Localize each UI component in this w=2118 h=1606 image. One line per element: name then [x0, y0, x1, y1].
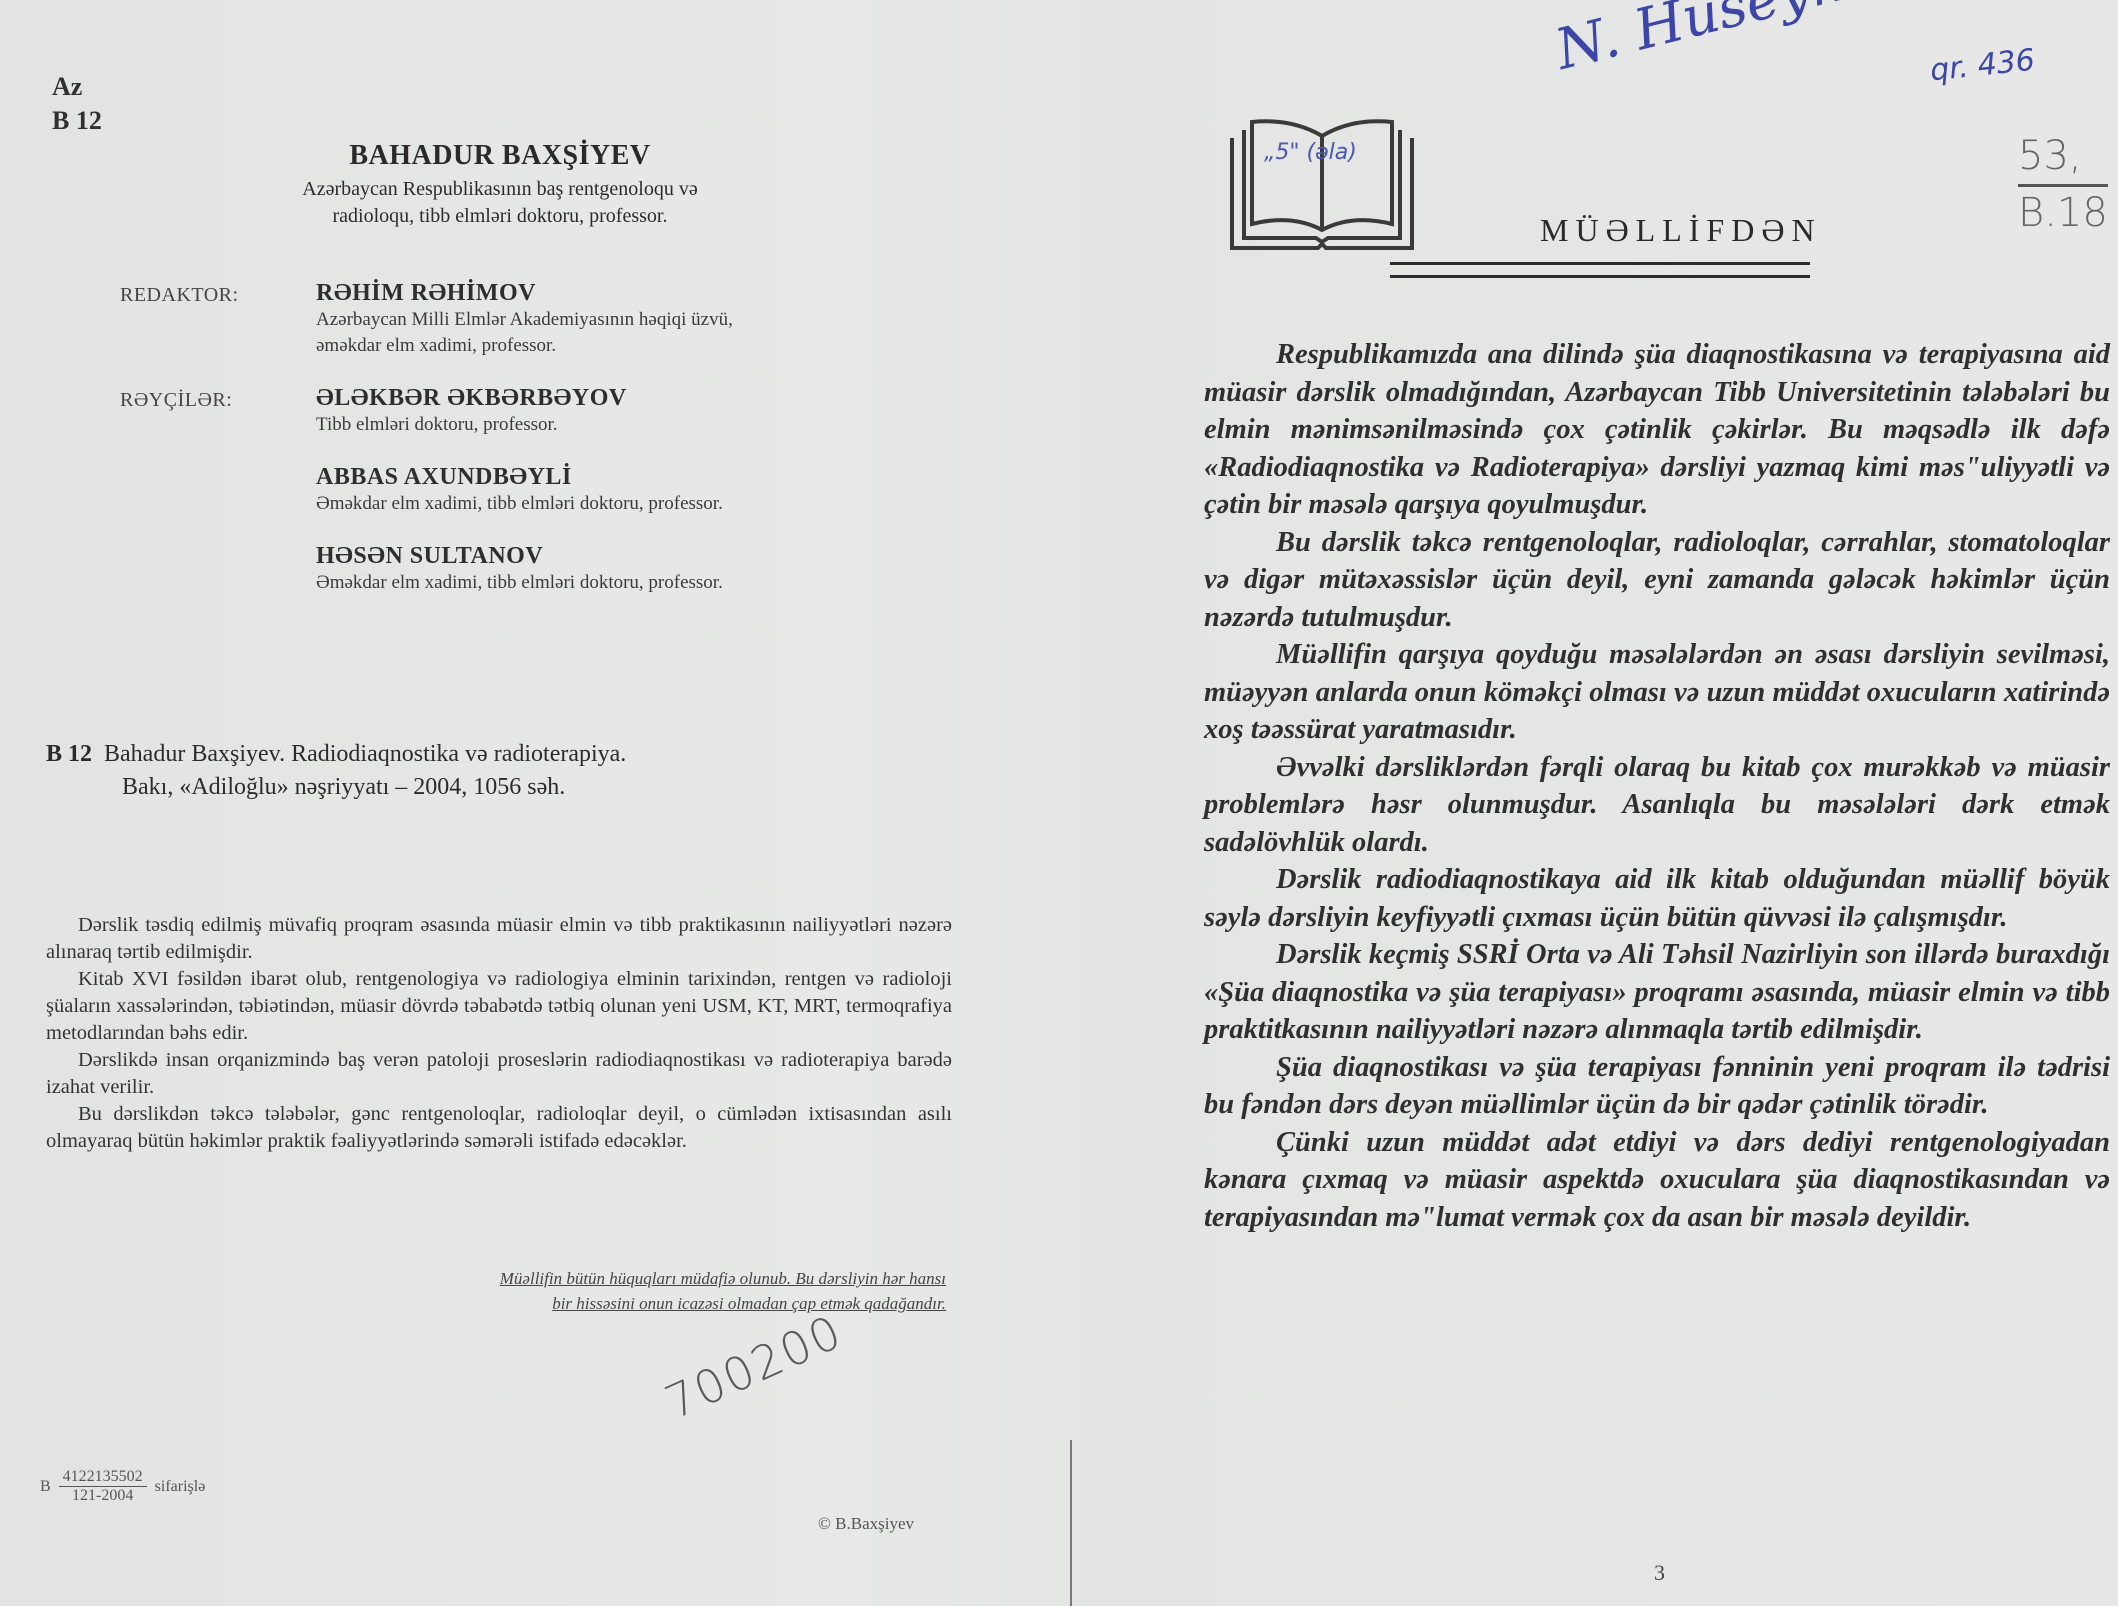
summary-paragraph: Dərslik təsdiq edilmiş müvafiq proqram ə… [46, 912, 952, 966]
credit-name: RƏHİM RƏHİMOV [316, 280, 880, 307]
credit-role: REDAKTOR: [120, 284, 239, 307]
credit-description: əməkdar elm xadimi, professor. [316, 333, 880, 359]
catalog-entry: B 12 Bahadur Baxşiyev. Radiodiaqnostika … [46, 738, 626, 804]
language-code: Az [52, 70, 102, 104]
credit-description: Tibb elmləri doktoru, professor. [316, 412, 880, 438]
book-summary: Dərslik təsdiq edilmiş müvafiq proqram ə… [46, 912, 952, 1155]
order-prefix: B [40, 1478, 51, 1496]
catalog-code: B 12 [46, 741, 92, 767]
credit-name: HƏSƏN SULTANOV [316, 543, 880, 570]
credit-description: Əməkdar elm xadimi, tibb elmləri doktoru… [316, 491, 880, 517]
author-description: Azərbaycan Respublikasının baş rentgenol… [240, 176, 760, 230]
author-description-line: radioloqu, tibb elmləri doktoru, profess… [240, 203, 760, 230]
classification-code: B 12 [52, 104, 102, 138]
preface-paragraph: Respublikamızda ana dilində şüa diaqnost… [1204, 336, 2110, 524]
page-gutter [1070, 1440, 1072, 1606]
preface-paragraph: Dərslik keçmiş SSRİ Orta və Ali Təhsil N… [1204, 936, 2110, 1049]
preface-paragraph: Şüa diaqnostikası və şüa terapiyası fənn… [1204, 1049, 2110, 1124]
handwritten-grade-note: „5" (əla) [1264, 140, 1357, 165]
credits-list: REDAKTOR: RƏHİM RƏHİMOV Azərbaycan Milli… [120, 280, 880, 622]
copyright-owner: © B.Baxşiyev [818, 1514, 914, 1534]
author-block: BAHADUR BAXŞİYEV Azərbaycan Respublikası… [240, 140, 760, 230]
shelf-mark-top: 53, [2018, 130, 2108, 187]
order-suffix: sifarişlə [155, 1478, 206, 1496]
page-number: 3 [1654, 1560, 1665, 1586]
shelf-mark: 53, B.18 [2018, 130, 2118, 239]
preface-paragraph: Çünki uzun müddət adət etdiyi və dərs de… [1204, 1124, 2110, 1237]
credit-reviewer: HƏSƏN SULTANOV Əməkdar elm xadimi, tibb … [120, 543, 880, 596]
credit-name: ABBAS AXUNDBƏYLİ [316, 464, 880, 491]
summary-paragraph: Kitab XVI fəsildən ibarət olub, rentgeno… [46, 966, 952, 1047]
handwritten-inventory-number: 700200 [657, 1304, 850, 1430]
summary-paragraph: Bu dərslikdən təkcə tələbələr, gənc rent… [46, 1101, 952, 1155]
preface-paragraph: Dərslik radiodiaqnostikaya aid ilk kitab… [1204, 861, 2110, 936]
credit-editor: REDAKTOR: RƏHİM RƏHİMOV Azərbaycan Milli… [120, 280, 880, 359]
class-code-block: Az B 12 [52, 70, 102, 138]
order-fraction: 4122135502 121-2004 [59, 1468, 147, 1505]
copyright-notice-line: Müəllifin bütün hüquqları müdafiə olunub… [340, 1266, 946, 1291]
order-numerator: 4122135502 [59, 1468, 147, 1487]
copyright-notice: Müəllifin bütün hüquqları müdafiə olunub… [340, 1266, 946, 1316]
credit-description: Azərbaycan Milli Elmlər Akademiyasının h… [316, 307, 880, 333]
order-code: B 4122135502 121-2004 sifarişlə [40, 1468, 205, 1505]
open-book-icon [1222, 116, 1422, 256]
catalog-line-1: Bahadur Baxşiyev. Radiodiaqnostika və ra… [104, 741, 626, 767]
heading-double-rule [1390, 262, 1810, 278]
author-description-line: Azərbaycan Respublikasının baş rentgenol… [240, 176, 760, 203]
copyright-notice-line: bir hissəsini onun icazəsi olmadan çap e… [340, 1291, 946, 1316]
summary-paragraph: Dərslikdə insan orqanizmində baş verən p… [46, 1047, 952, 1101]
credit-description: Əməkdar elm xadimi, tibb elmləri doktoru… [316, 570, 880, 596]
preface-paragraph: Müəllifin qarşıya qoyduğu məsələlərdən ə… [1204, 636, 2110, 749]
preface-paragraph: Bu dərslik təkcə rentgenoloqlar, radiolo… [1204, 524, 2110, 637]
preface-paragraph: Əvvəlki dərsliklərdən fərqli olaraq bu k… [1204, 749, 2110, 862]
credit-reviewer: RƏYÇİLƏR: ƏLƏKBƏR ƏKBƏRBƏYOV Tibb elmlər… [120, 385, 880, 438]
preface-text: Respublikamızda ana dilində şüa diaqnost… [1204, 336, 2110, 1236]
author-name: BAHADUR BAXŞİYEV [240, 140, 760, 172]
credit-role: RƏYÇİLƏR: [120, 389, 232, 412]
order-denominator: 121-2004 [72, 1487, 133, 1505]
section-heading: MÜƏLLİFDƏN [1540, 212, 1822, 249]
credit-name: ƏLƏKBƏR ƏKBƏRBƏYOV [316, 385, 880, 412]
left-page: Az B 12 BAHADUR BAXŞİYEV Azərbaycan Resp… [0, 0, 1075, 1606]
credit-reviewer: ABBAS AXUNDBƏYLİ Əməkdar elm xadimi, tib… [120, 464, 880, 517]
shelf-mark-bottom: B.18 [2018, 187, 2118, 239]
catalog-line-2: Bakı, «Adiloğlu» nəşriyyatı – 2004, 1056… [46, 771, 626, 804]
